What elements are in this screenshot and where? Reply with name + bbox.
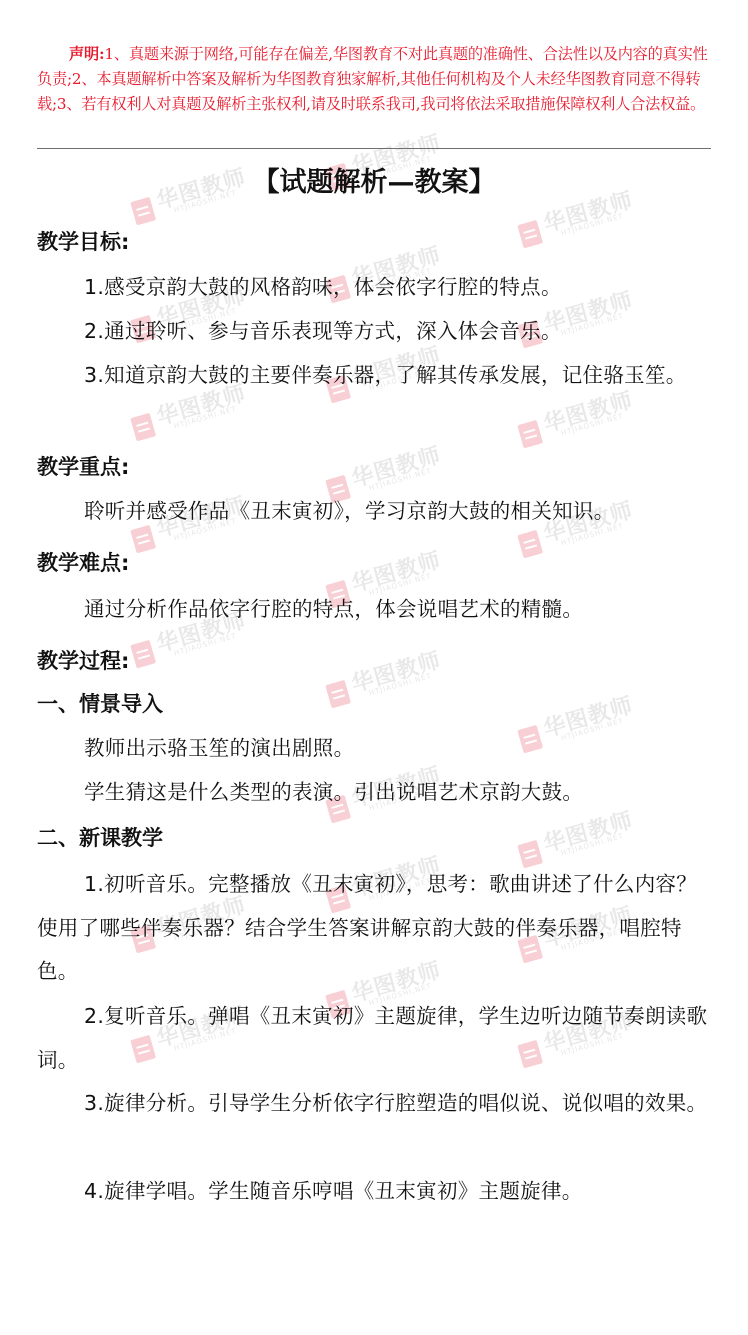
section-heading-key-points: 教学重点: <box>37 452 129 482</box>
paragraph: 学生猜这是什么类型的表演。引出说唱艺术京韵大鼓。 <box>37 771 713 815</box>
document-title: 【试题解析—教案】 <box>0 163 748 203</box>
disclaimer-label: 声明: <box>69 45 104 63</box>
watermark-logo-icon <box>517 420 543 449</box>
section-heading-process: 教学过程: <box>37 646 129 676</box>
paragraph: 聆听并感受作品《丑末寅初》，学习京韵大鼓的相关知识。 <box>37 490 713 534</box>
subsection-heading-new-lesson: 二、新课教学 <box>37 823 163 853</box>
watermark-logo-icon <box>130 413 156 442</box>
watermark-logo-icon <box>517 530 543 559</box>
paragraph: 1.初听音乐。完整播放《丑末寅初》，思考：歌曲讲述了什么内容？使用了哪些伴奏乐器… <box>37 863 713 994</box>
disclaimer: 声明:1、真题来源于网络,可能存在偏差,华图教育不对此真题的准确性、合法性以及内… <box>37 42 711 117</box>
paragraph: 3.旋律分析。引导学生分析依字行腔塑造的唱似说、说似唱的效果。 <box>37 1082 713 1126</box>
paragraph: 2.通过聆听、参与音乐表现等方式，深入体会音乐。 <box>37 310 713 354</box>
section-heading-difficulties: 教学难点: <box>37 548 129 578</box>
paragraph: 通过分析作品依字行腔的特点，体会说唱艺术的精髓。 <box>37 588 713 632</box>
paragraph: 教师出示骆玉笙的演出剧照。 <box>37 727 713 771</box>
watermark-logo-icon <box>130 640 156 669</box>
paragraph: 3.知道京韵大鼓的主要伴奏乐器，了解其传承发展，记住骆玉笙。 <box>37 354 713 398</box>
watermark: 华图教师HTJIAOSHI.NET <box>322 643 448 715</box>
disclaimer-text: 1、真题来源于网络,可能存在偏差,华图教育不对此真题的准确性、合法性以及内容的真… <box>37 45 708 113</box>
paragraph: 1.感受京韵大鼓的风格韵味，体会依字行腔的特点。 <box>37 266 713 310</box>
watermark-logo-icon <box>325 680 351 709</box>
paragraph: 2.复听音乐。弹唱《丑末寅初》主题旋律，学生边听边随节奏朗读歌词。 <box>37 995 713 1082</box>
subsection-heading-introduction: 一、情景导入 <box>37 689 163 719</box>
divider <box>37 148 711 149</box>
paragraph: 4.旋律学唱。学生随音乐哼唱《丑末寅初》主题旋律。 <box>37 1170 713 1214</box>
section-heading-objectives: 教学目标: <box>37 227 129 257</box>
watermark-logo-icon <box>517 220 543 249</box>
